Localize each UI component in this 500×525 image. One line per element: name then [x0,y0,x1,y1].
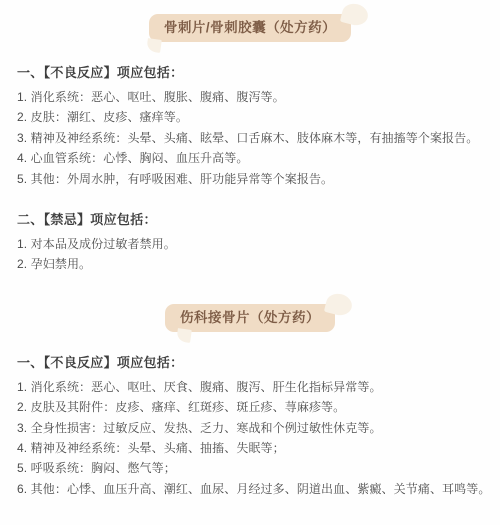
list-item: 4. 心血管系统：心悸、胸闷、血压升高等。 [17,148,495,168]
section-1-title-row: 骨刺片/骨刺胶囊（处方药） [0,0,500,42]
section-1-title: 骨刺片/骨刺胶囊（处方药） [164,20,336,35]
list-item: 3. 全身性损害：过敏反应、发热、乏力、寒战和个例过敏性休克等。 [17,418,495,438]
list-item: 2. 孕妇禁用。 [17,254,495,274]
list-item: 1. 消化系统：恶心、呕吐、厌食、腹痛、腹泻、肝生化指标异常等。 [17,377,495,397]
bubble-tail-bottom-left-icon [176,328,192,343]
section-2-title: 伤科接骨片（处方药） [180,310,320,325]
section-2-body: 一、【不良反应】项应包括： 1. 消化系统：恶心、呕吐、厌食、腹痛、腹泻、肝生化… [0,353,500,499]
section-1-title-pill: 骨刺片/骨刺胶囊（处方药） [149,14,351,42]
section-2-adverse-reactions-heading: 一、【不良反应】项应包括： [17,353,495,373]
list-item: 1. 对本品及成份过敏者禁用。 [17,234,495,254]
section-2-title-row: 伤科接骨片（处方药） [0,304,500,332]
section-1-body: 一、【不良反应】项应包括： 1. 消化系统：恶心、呕吐、腹胀、腹痛、腹泻等。 2… [0,63,500,275]
list-item: 3. 精神及神经系统：头晕、头痛、眩晕、口舌麻木、肢体麻木等，有抽搐等个案报告。 [17,128,495,148]
list-item: 5. 其他：外周水肿，有呼吸困难、肝功能异常等个案报告。 [17,169,495,189]
list-item: 4. 精神及神经系统：头晕、头痛、抽搐、失眠等； [17,438,495,458]
bubble-tail-bottom-left-icon [146,38,162,53]
list-item: 5. 呼吸系统：胸闷、憋气等； [17,458,495,478]
section-1-contraindications-heading: 二、【禁忌】项应包括： [17,210,495,230]
list-item: 2. 皮肤：潮红、皮疹、瘙痒等。 [17,107,495,127]
list-item: 2. 皮肤及其附件：皮疹、瘙痒、红斑疹、斑丘疹、荨麻疹等。 [17,397,495,417]
list-item: 6. 其他：心悸、血压升高、潮红、血尿、月经过多、阴道出血、紫癜、关节痛、耳鸣等… [17,479,495,499]
bubble-tail-top-right-icon [324,291,354,318]
bubble-tail-top-right-icon [340,1,370,28]
list-item: 1. 消化系统：恶心、呕吐、腹胀、腹痛、腹泻等。 [17,87,495,107]
section-1-adverse-reactions-heading: 一、【不良反应】项应包括： [17,63,495,83]
section-2-title-pill: 伤科接骨片（处方药） [165,304,335,332]
